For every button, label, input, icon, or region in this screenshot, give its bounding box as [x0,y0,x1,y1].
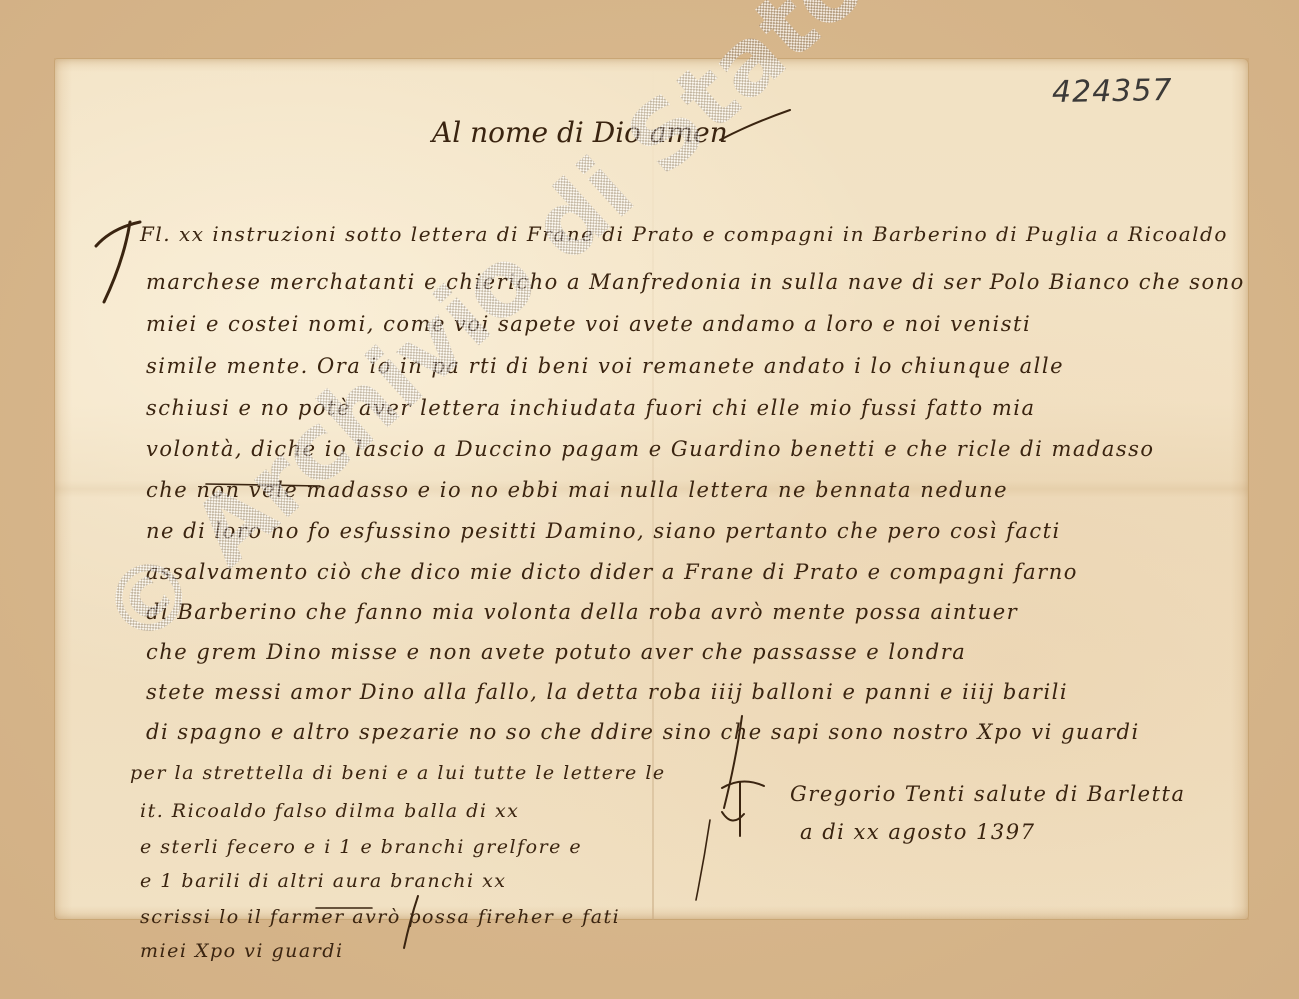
body-line: schiusi e no potè aver lettera inchiudat… [146,396,1035,420]
postscript-line: per la strettella di beni e a lui tutte … [130,762,666,784]
body-line: di spagno e altro spezarie no so che ddi… [146,720,1140,744]
body-line: assalvamento ciò che dico mie dicto dide… [146,560,1078,584]
archive-number: 424357 [1052,73,1173,110]
body-line: ne di loro no fo esfussino pesitti Damin… [146,519,1061,543]
date-line: a di xx agosto 1397 [800,820,1035,844]
body-line: simile mente. Ora io in pa rti di beni v… [146,354,1064,378]
postscript-line: it. Ricoaldo falso dilma balla di xx [140,800,519,822]
body-line: miei e costei nomi, come voi sapete voi … [146,312,1031,336]
invocation-heading: Al nome di Dio amen [432,116,728,149]
body-line: di Barberino che fanno mia volonta della… [146,600,1018,624]
body-line: marchese merchatanti e chiericho a Manfr… [146,270,1245,294]
body-line: che non vele madasso e io no ebbi mai nu… [146,478,1008,502]
body-line: Fl. xx instruzioni sotto lettera di Fran… [140,222,1228,246]
postscript-line: scrissi lo il farmer avrò possa fireher … [140,906,620,928]
body-line: stete messi amor Dino alla fallo, la det… [146,680,1068,704]
postscript-line: miei Xpo vi guardi [140,940,344,962]
signature-line: Gregorio Tenti salute di Barletta [790,782,1186,806]
postscript-line: e 1 barili di altri aura branchi xx [140,870,507,892]
body-line: volontà, diche io lascio a Duccino pagam… [146,437,1155,461]
body-line: che grem Dino misse e non avete potuto a… [146,640,966,664]
postscript-line: e sterli fecero e i 1 e branchi grelfore… [140,836,582,858]
